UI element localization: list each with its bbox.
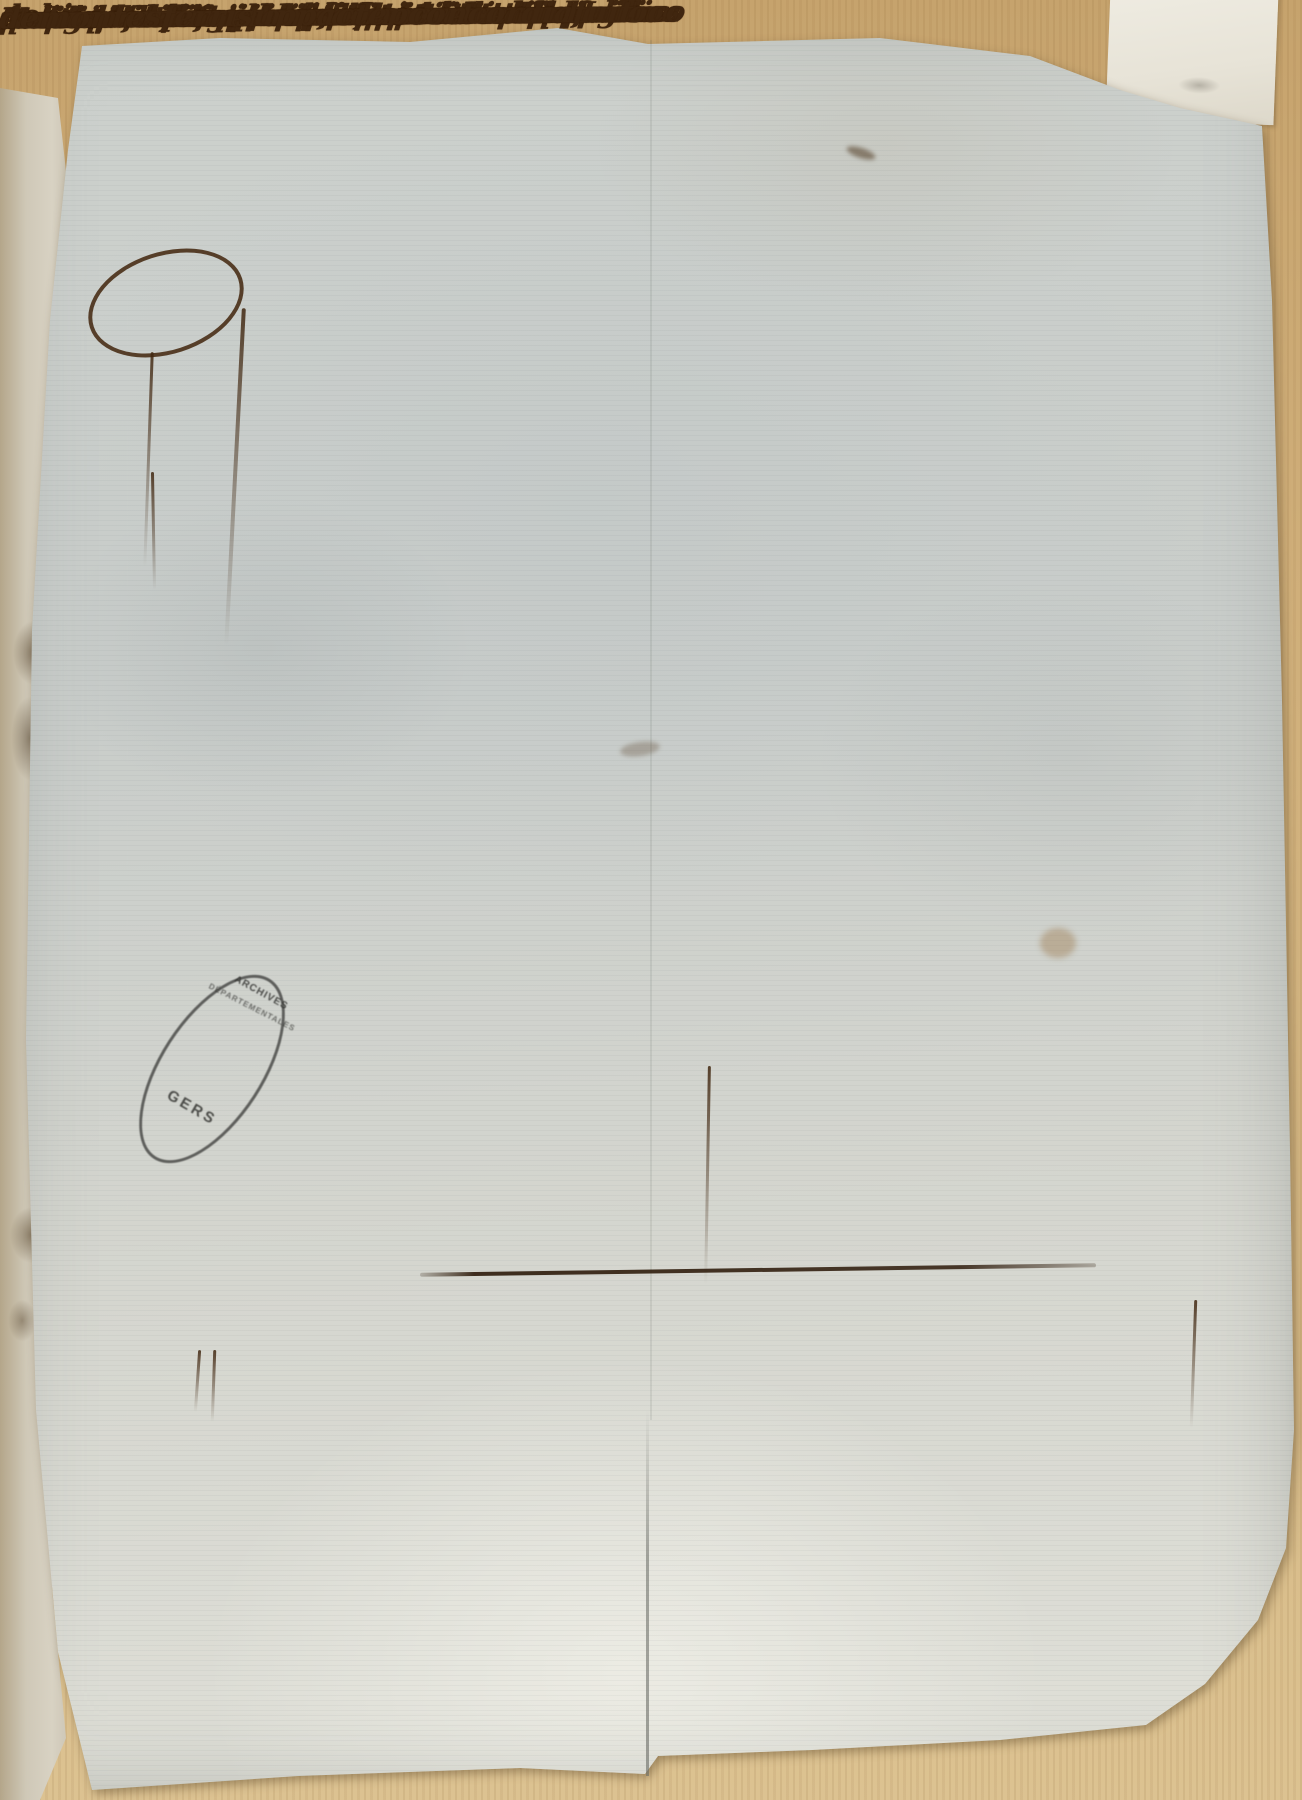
center-fold-crease-faint — [650, 40, 652, 1420]
center-fold-crease — [646, 1410, 649, 1776]
stain-spot — [1040, 928, 1076, 958]
photo-background: ARCHIVES DÉPARTEMENTALES GERS presenciap… — [0, 0, 1302, 1800]
stamp-text-bottom: GERS — [164, 1087, 220, 1129]
